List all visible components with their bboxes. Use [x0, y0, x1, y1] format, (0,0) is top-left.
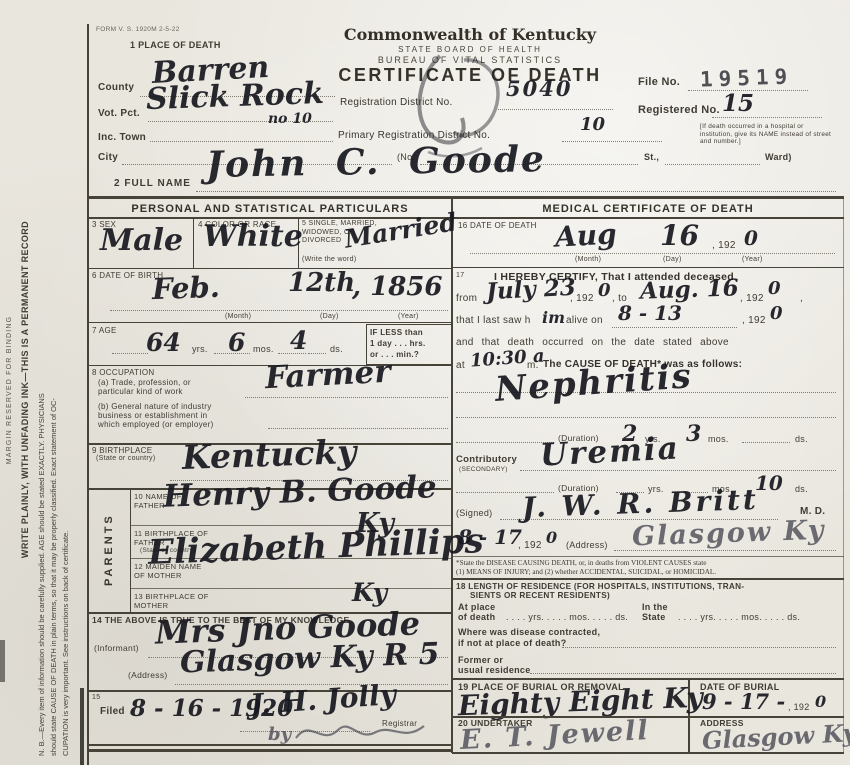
- burial-date-value: 9 - 17 -: [702, 691, 785, 712]
- contracted-line2: if not at place of death?: [458, 638, 567, 648]
- dod-year-suffix: 0: [744, 228, 758, 248]
- in-state-units: . . . . yrs. . . . . mos. . . . . ds.: [678, 612, 800, 622]
- cause-footnote-line1: *State the DISEASE CAUSING DEATH, or, in…: [456, 559, 706, 567]
- birthplace-value: Kentucky: [181, 435, 356, 474]
- dod-day-label: (Day): [663, 256, 682, 264]
- dotted-line: [456, 417, 836, 418]
- vot-pct-note: no 10: [268, 112, 312, 126]
- physician-signature: J. W. R. Britt: [522, 486, 760, 522]
- dob-year-value: , 1856: [352, 274, 442, 300]
- form-right-border: [843, 196, 844, 753]
- filed-label: Filed: [100, 706, 125, 718]
- row-line-heavy: [452, 752, 844, 754]
- scan-mark: [80, 688, 84, 765]
- contributory-label: Contributory: [456, 455, 517, 466]
- dotted-line: [308, 353, 326, 354]
- row-line: [130, 588, 452, 589]
- death-certificate-scan: MARGIN RESERVED FOR BINDING WRITE PLAINL…: [0, 0, 850, 765]
- lastseen-year-preprint: , 192: [742, 315, 766, 327]
- at-place-line2: of death: [458, 612, 495, 622]
- color-race-value: White: [203, 222, 303, 252]
- former-line2: usual residence: [458, 665, 531, 675]
- section-divider-heavy: [88, 196, 844, 199]
- dod-month-value: Aug: [554, 220, 617, 251]
- dod-year-label: (Year): [742, 256, 763, 264]
- personal-section-title: PERSONAL AND STATISTICAL PARTICULARS: [88, 203, 452, 216]
- from-year-suffix: 0: [598, 282, 611, 300]
- certify-number: 17: [456, 272, 464, 280]
- occupation-a-line1: (a) Trade, profession, or: [98, 378, 191, 387]
- dotted-line: [612, 327, 737, 328]
- at-label: at: [456, 360, 465, 372]
- age-ds-label: ds.: [330, 344, 343, 354]
- informant-address-value: Glasgow Ky R 5: [180, 639, 440, 678]
- age-label: 7 AGE: [92, 326, 117, 335]
- age-yrs-label: yrs.: [192, 344, 208, 354]
- dod-day-value: 16: [660, 222, 699, 250]
- age-days-value: 4: [290, 328, 307, 353]
- certify-from-label: from: [456, 293, 477, 305]
- secondary-label: (SECONDARY): [459, 466, 508, 473]
- mother-birthplace-label: 13 BIRTHPLACE OF MOTHER: [134, 592, 214, 610]
- dob-day-value: 12th: [288, 270, 355, 296]
- full-name-value: John C. Goode: [206, 141, 546, 183]
- dod-year-preprint: , 192: [712, 240, 736, 252]
- from-year-preprint: , 192: [570, 293, 594, 305]
- dod-label: 16 DATE OF DEATH: [458, 221, 537, 230]
- signed-date-value: 8 - 17: [458, 527, 522, 547]
- dod-month-label: (Month): [575, 256, 601, 264]
- cause-duration-months: 3: [686, 423, 701, 445]
- contributory-value: Uremia: [539, 433, 680, 471]
- signed-address-value: Glasgow Ky: [632, 517, 826, 551]
- hospital-note: [If death occurred in a hospital or inst…: [700, 123, 838, 146]
- row-line-heavy: [452, 678, 844, 680]
- margin-nb-line3: CUPATION is very important. See instruct…: [60, 21, 72, 756]
- father-name-value: Henry B. Goode: [163, 472, 438, 513]
- cause-ds-label: ds.: [795, 434, 808, 444]
- registered-no-value: 15: [722, 92, 754, 115]
- vot-pct-value: Slick Rock: [146, 79, 325, 115]
- dotted-line: [562, 141, 662, 142]
- cell-divider: [193, 218, 194, 268]
- at-place-line1: At place: [458, 602, 495, 612]
- row-line: [88, 268, 452, 269]
- marital-sub-label: (Write the word): [302, 256, 356, 264]
- mother-birthplace-value: Ky: [352, 580, 387, 605]
- registered-no-label: Registered No.: [638, 104, 720, 117]
- deputy-by-prefix: by: [268, 726, 291, 744]
- age-months-value: 6: [228, 330, 245, 355]
- to-year-suffix: 0: [768, 280, 781, 298]
- dotted-line: [470, 253, 835, 254]
- row-line-heavy: [452, 578, 844, 580]
- occupation-b-line2: business or establishment in: [98, 411, 207, 420]
- dotted-line: [110, 310, 448, 311]
- scan-mark: [0, 640, 5, 682]
- occupation-value: Farmer: [264, 357, 391, 395]
- margin-nb-line1: N. B.—Every item of information should b…: [36, 21, 48, 756]
- signed-year-suffix: 0: [546, 530, 557, 546]
- attended-from-date: July 23: [485, 276, 576, 304]
- last-saw-label: that I last saw h: [456, 315, 531, 327]
- occupation-label: 8 OCCUPATION: [92, 368, 154, 377]
- age-years-value: 64: [146, 330, 181, 355]
- deputy-signature-scribble: [292, 712, 442, 752]
- parents-vertical-label: PARENTS: [103, 513, 115, 586]
- form-number: FORM V. S. 1920M 2-5-22: [96, 26, 180, 33]
- sex-value: Male: [100, 226, 183, 256]
- dotted-line: [665, 164, 760, 165]
- row-line-heavy: [88, 749, 452, 752]
- row-line: [452, 556, 844, 557]
- age-mos-label: mos.: [253, 344, 274, 354]
- cause-mos-label: mos.: [708, 434, 729, 444]
- informant-address-label: (Address): [128, 671, 168, 681]
- occupation-b-line1: (b) General nature of industry: [98, 402, 212, 411]
- residence-heading-line2: SIENTS OR RECENT RESIDENTS): [470, 591, 610, 600]
- state-label: State: [642, 612, 666, 622]
- at-place-units: . . . . yrs. . . . . mos. . . . . ds.: [506, 612, 628, 622]
- dotted-line: [245, 397, 448, 398]
- file-no-value: 19519: [700, 64, 794, 91]
- primary-district-value: 10: [580, 116, 605, 134]
- dotted-line: [498, 109, 613, 110]
- registration-district-value: 5040: [506, 78, 572, 99]
- row-line: [452, 267, 844, 268]
- margin-nb-note: N. B.—Every item of information should b…: [36, 21, 72, 756]
- dob-year-label: (Year): [398, 313, 419, 321]
- county-label: County: [98, 82, 134, 94]
- if-less-line2: 1 day . . . hrs.: [370, 338, 451, 349]
- margin-binding-note: MARGIN RESERVED FOR BINDING: [6, 30, 13, 750]
- signed-address-label: (Address): [566, 540, 608, 550]
- dotted-line: [268, 428, 448, 429]
- registration-district-label: Registration District No.: [340, 97, 453, 109]
- section-title-underline: [88, 217, 844, 219]
- file-no-label: File No.: [638, 76, 680, 89]
- form-left-border: [87, 24, 89, 765]
- dotted-line: [530, 673, 836, 674]
- informant-label: (Informant): [94, 644, 139, 654]
- in-the-label: In the: [642, 602, 668, 612]
- to-year-preprint: , 192: [740, 293, 764, 305]
- signed-year-preprint: , 192: [518, 540, 542, 552]
- dotted-line: [520, 470, 836, 471]
- contrib-ds-label: ds.: [795, 484, 808, 494]
- alive-on-label: alive on: [566, 315, 603, 327]
- row-line: [88, 322, 452, 323]
- parents-strip-divider: [130, 488, 131, 612]
- dotted-line: [112, 353, 148, 354]
- cause-footnote-line2: (1) MEANS OF INJURY; and (2) whether ACC…: [456, 568, 716, 576]
- city-st-label: St.,: [644, 152, 659, 162]
- full-name-label: 2 FULL NAME: [114, 178, 191, 190]
- row-line: [88, 744, 452, 746]
- city-label: City: [98, 152, 118, 164]
- birthplace-sub-label: (State or country): [96, 455, 155, 463]
- lastseen-year-suffix: 0: [770, 305, 783, 323]
- dob-day-label: (Day): [320, 313, 339, 321]
- residence-heading-line1: 18 LENGTH OF RESIDENCE (FOR HOSPITALS, I…: [456, 582, 744, 591]
- place-of-death-heading: 1 PLACE OF DEATH: [130, 40, 221, 50]
- dob-month-value: Feb.: [152, 273, 221, 304]
- margin-write-plainly-note: WRITE PLAINLY, WITH UNFADING INK—THIS IS…: [20, 27, 30, 752]
- dotted-line: [712, 117, 822, 118]
- medical-section-title: MEDICAL CERTIFICATE OF DEATH: [453, 203, 843, 216]
- birthplace-label: 9 BIRTHPLACE: [92, 446, 152, 455]
- last-saw-him: im: [542, 310, 565, 326]
- occupation-a-line2: particular kind of work: [98, 387, 183, 396]
- last-seen-date: 8 - 13: [618, 303, 682, 323]
- signed-label: (Signed): [456, 508, 492, 518]
- contrib-duration-days: 10: [755, 473, 783, 493]
- occupation-b-line3: which employed (or employer): [98, 420, 214, 429]
- comma-mark: ,: [800, 293, 803, 305]
- dob-month-label: (Month): [225, 313, 251, 321]
- undertaker-signature: E. T. Jewell: [459, 717, 650, 754]
- attended-to-date: Aug. 16: [640, 276, 739, 302]
- former-line1: Former or: [458, 655, 503, 665]
- if-less-line1: IF LESS than: [370, 327, 451, 338]
- mother-name-value: Elizabeth Phillips: [148, 524, 485, 570]
- undertaker-address-value: Glasgow Ky: [701, 721, 850, 753]
- dotted-line: [196, 191, 836, 192]
- burial-place-value: Eighty Eight Ky: [458, 684, 704, 721]
- commonwealth-heading: Commonwealth of Kentucky: [330, 26, 610, 44]
- occurred-line: and that death occurred on the date stat…: [456, 337, 729, 349]
- city-ward-label: Ward): [765, 152, 792, 162]
- burial-year-suffix: 0: [815, 694, 826, 710]
- inc-town-label: Inc. Town: [98, 132, 146, 144]
- column-divider: [451, 196, 453, 753]
- vot-pct-label: Vot. Pct.: [98, 108, 140, 120]
- contracted-line1: Where was disease contracted,: [458, 627, 600, 637]
- marital-value: Married: [343, 209, 459, 251]
- margin-nb-line2: should state CAUSE OF DEATH in plain ter…: [48, 21, 60, 756]
- dotted-line: [742, 442, 790, 443]
- dotted-line: [562, 647, 836, 648]
- filed-number: 15: [92, 694, 100, 702]
- burial-year-preprint: , 192: [788, 702, 810, 712]
